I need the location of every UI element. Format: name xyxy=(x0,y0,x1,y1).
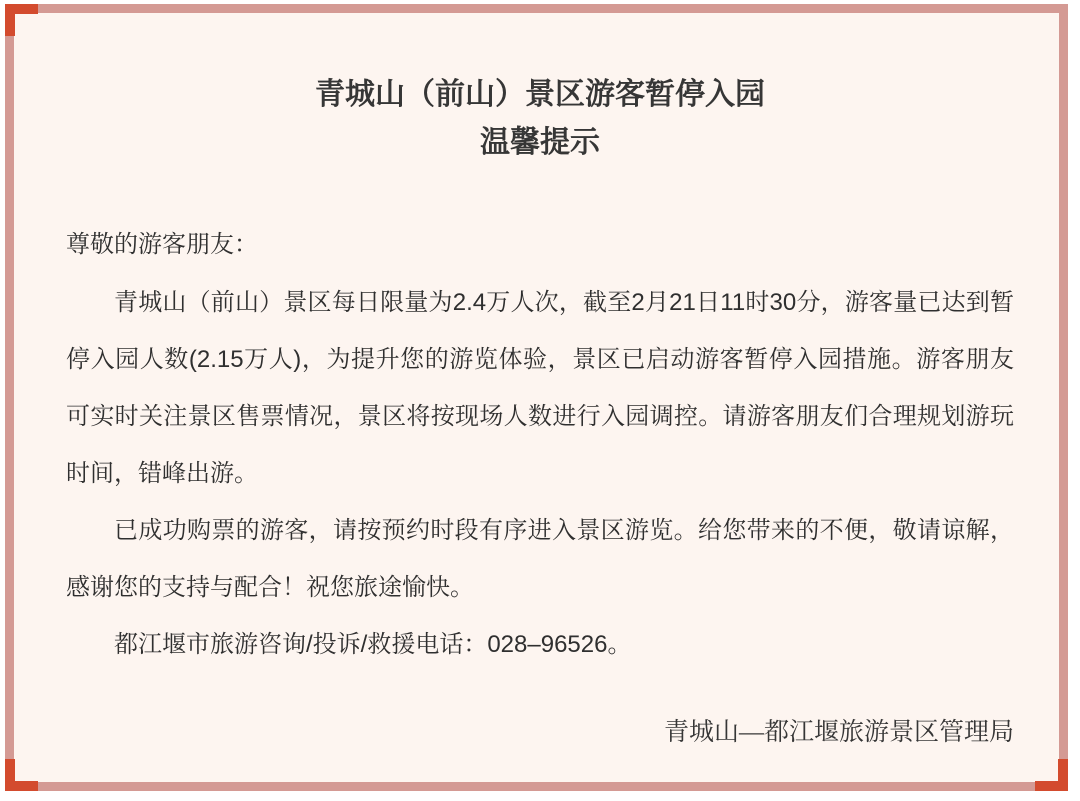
signature-org: 青城山—都江堰旅游景区管理局 xyxy=(66,710,1014,756)
notice-page: 青城山（前山）景区游客暂停入园 温馨提示 尊敬的游客朋友： 青城山（前山）景区每… xyxy=(0,0,1080,801)
corner-accent-bottom-left xyxy=(5,759,38,791)
signature-date: 2026年2月21日 xyxy=(66,756,1014,760)
notice-paragraph-1: 青城山（前山）景区每日限量为2.4万人次，截至2月21日11时30分，游客量已达… xyxy=(66,274,1014,502)
signature-block: 青城山—都江堰旅游景区管理局 2026年2月21日 xyxy=(66,710,1014,760)
hotline-paragraph: 都江堰市旅游咨询/投诉/救援电话：028–96526。 xyxy=(66,616,1014,673)
notice-title-line2: 温馨提示 xyxy=(66,119,1014,167)
greeting-text: 尊敬的游客朋友： xyxy=(66,217,1014,274)
notice-paragraph-2: 已成功购票的游客，请按预约时段有序进入景区游览。给您带来的不便，敬请谅解，感谢您… xyxy=(66,502,1014,616)
notice-frame: 青城山（前山）景区游客暂停入园 温馨提示 尊敬的游客朋友： 青城山（前山）景区每… xyxy=(5,4,1068,791)
corner-accent-bottom-right xyxy=(1035,759,1068,791)
notice-content: 青城山（前山）景区游客暂停入园 温馨提示 尊敬的游客朋友： 青城山（前山）景区每… xyxy=(28,26,1038,760)
notice-title-line1: 青城山（前山）景区游客暂停入园 xyxy=(66,71,1014,119)
notice-body: 尊敬的游客朋友： 青城山（前山）景区每日限量为2.4万人次，截至2月21日11时… xyxy=(66,217,1014,673)
